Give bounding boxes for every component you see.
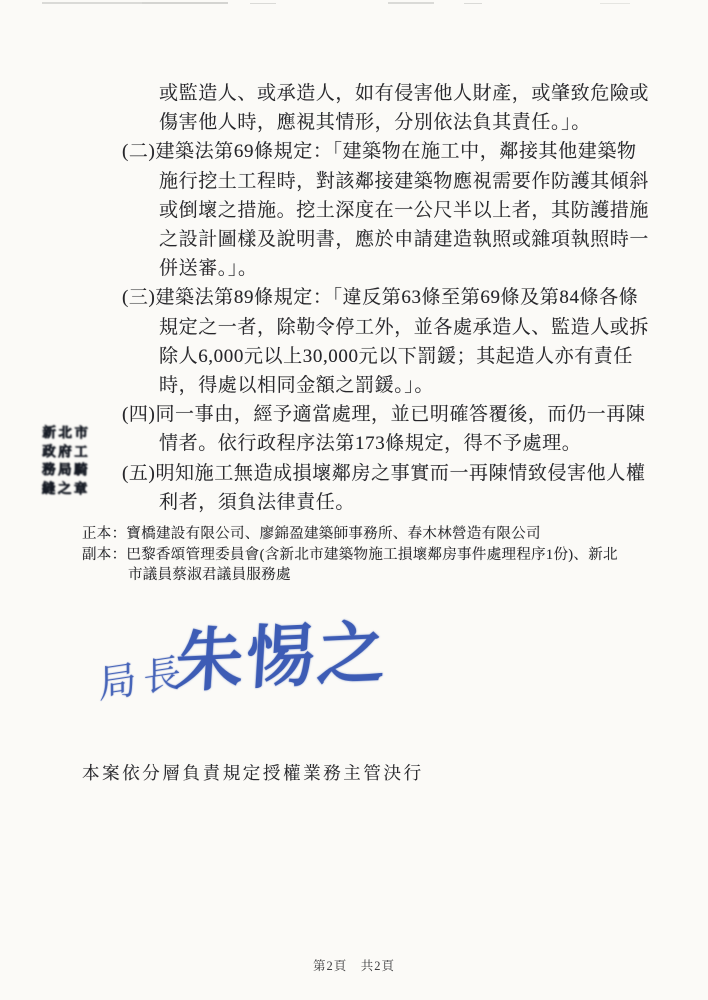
- body-text-line: 之設計圖樣及說明書，應於申請建造執照或雜項執照時一: [122, 225, 670, 254]
- body-text-line-item-4: (四)同一事由，經予適當處理，並已明確答覆後，而仍一再陳: [122, 400, 670, 429]
- body-text-line: 除人6,000元以上30,000元以下罰鍰；其起造人亦有責任: [122, 342, 670, 371]
- body-text-line: 併送審。」。: [122, 254, 670, 283]
- body-text-line-item-3: (三)建築法第89條規定：「違反第63條至第69條及第84條各條: [122, 283, 670, 312]
- body-text-line: 或倒壞之措施。挖土深度在一公尺半以上者，其防護措施: [122, 196, 670, 225]
- seal-row: 政府工: [42, 442, 92, 461]
- delegation-note: 本案依分層負責規定授權業務主管決行: [82, 760, 424, 785]
- body-text-line: 施行挖土工程時，對該鄰接建築物應視需要作防護其傾斜: [122, 167, 670, 196]
- scan-artifact: [42, 2, 142, 4]
- body-text-line: 情者。依行政程序法第173條規定，得不予處理。: [122, 429, 670, 458]
- original-recipients-line: 正本：寶橋建設有限公司、廖錦盈建築師事務所、春木林營造有限公司: [82, 524, 682, 545]
- scan-artifact: [388, 2, 434, 4]
- body-text-line: 或監造人、或承造人，如有侵害他人財產，或肇致危險或: [122, 79, 670, 108]
- legal-body-text: 或監造人、或承造人，如有侵害他人財產，或肇致危險或 傷害他人時，應視其情形，分別…: [122, 79, 670, 517]
- scanned-document-page: 或監造人、或承造人，如有侵害他人財產，或肇致危險或 傷害他人時，應視其情形，分別…: [0, 0, 708, 1000]
- scan-artifact: [142, 2, 228, 4]
- scan-artifact: [600, 3, 630, 4]
- official-seal: 新北市 政府工 務局騎 縫之章: [42, 424, 93, 499]
- director-signature-block: 局長 朱惕之: [88, 595, 421, 729]
- copy-recipients-line: 副本：巴黎香頌管理委員會(含新北市建築物施工損壞鄰房事件處理程序1份)、新北: [82, 545, 682, 566]
- signature-name: 朱惕之: [173, 598, 392, 705]
- seal-row: 務局騎: [42, 461, 92, 480]
- page-number: 第2頁 共2頁: [0, 956, 708, 974]
- recipients-block: 正本：寶橋建設有限公司、廖錦盈建築師事務所、春木林營造有限公司 副本：巴黎香頌管…: [82, 524, 682, 586]
- body-text-line-item-5: (五)明知施工無造成損壞鄰房之事實而一再陳情致侵害他人權: [122, 459, 670, 488]
- copy-recipients-line-2: 市議員蔡淑君議員服務處: [82, 565, 682, 586]
- body-text-line: 時，得處以相同金額之罰鍰。」。: [122, 371, 670, 400]
- body-text-line: 規定之一者，除勒令停工外，並各處承造人、監造人或拆: [122, 313, 670, 342]
- scan-artifact: [250, 3, 276, 4]
- scan-artifact: [464, 3, 482, 4]
- body-text-line: 利者，須負法律責任。: [122, 488, 670, 517]
- body-text-line: 傷害他人時，應視其情形，分別依法負其責任。」。: [122, 108, 670, 137]
- body-text-line-item-2: (二)建築法第69條規定：「建築物在施工中，鄰接其他建築物: [122, 137, 670, 166]
- seal-row: 新北市: [42, 424, 92, 443]
- seal-row: 縫之章: [42, 479, 92, 498]
